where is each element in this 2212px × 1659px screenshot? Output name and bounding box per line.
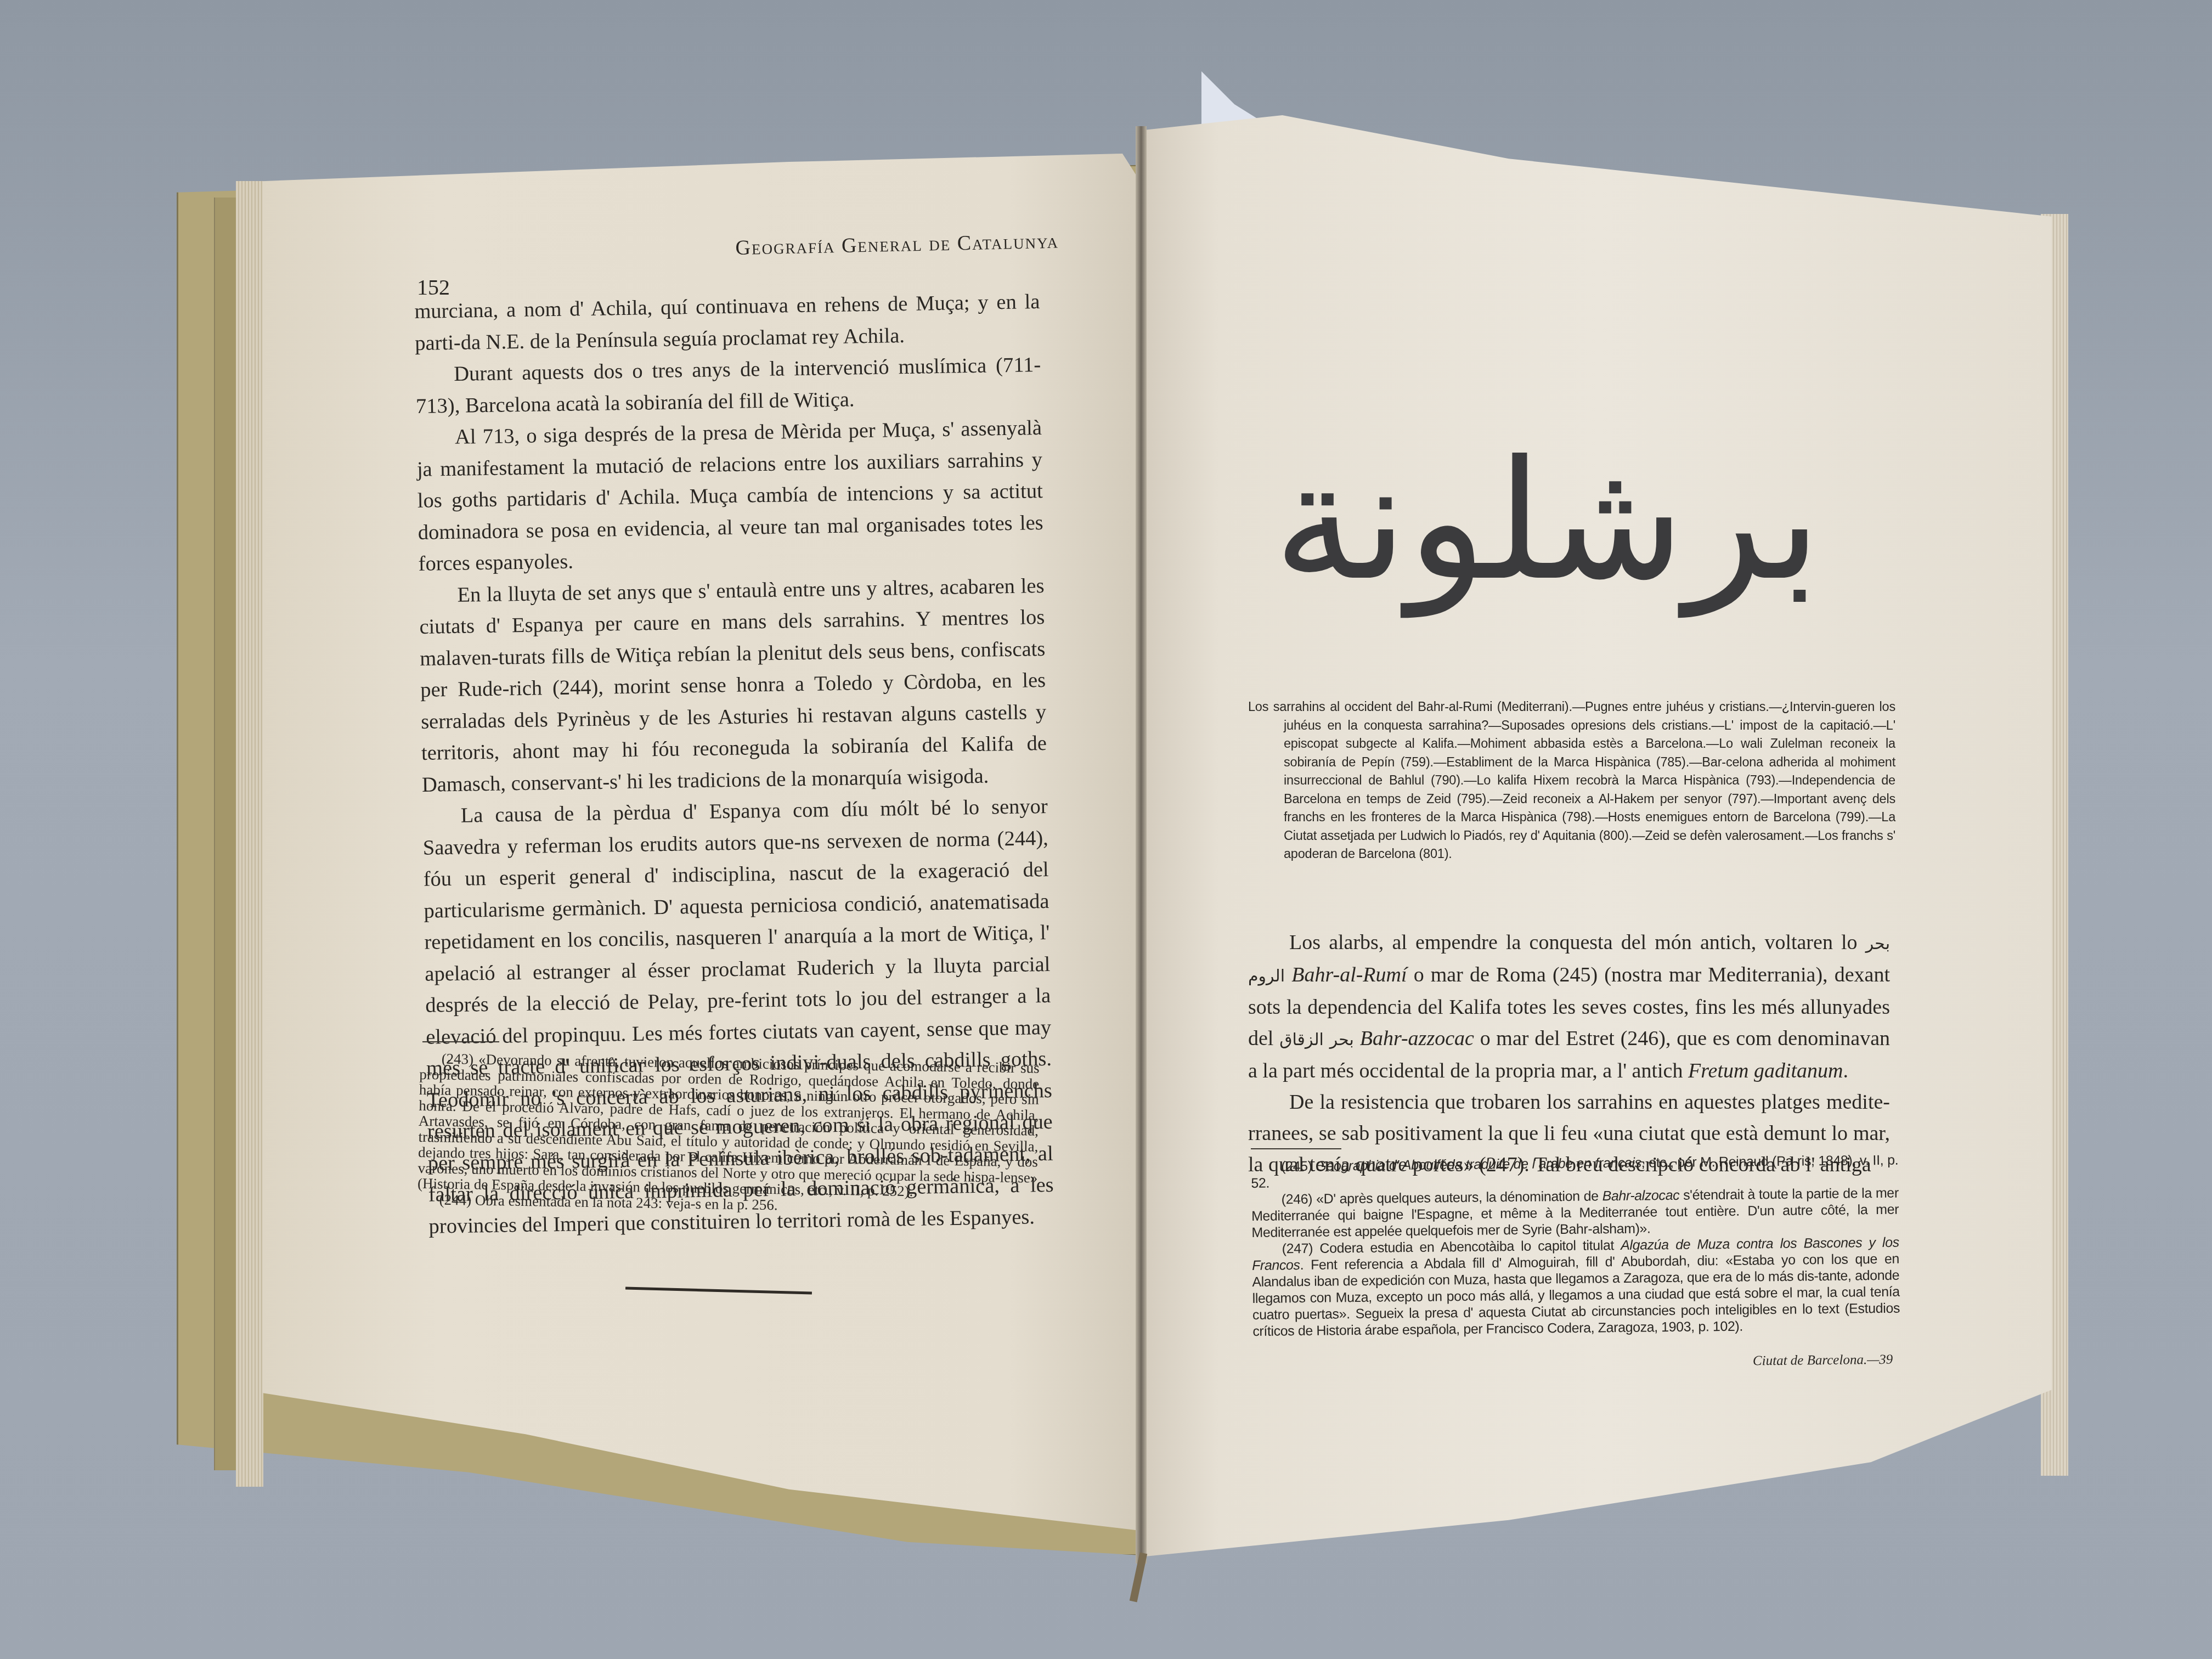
arabic-inline: بحر الزقاق xyxy=(1279,1030,1354,1049)
text-run: Codera estudia en Abencotàiba lo capitol… xyxy=(1319,1238,1621,1256)
text-run: «D' après quelques auteurs, la dénominat… xyxy=(1316,1188,1602,1206)
page-stack-left xyxy=(236,181,263,1487)
paragraph: Al 713, o siga després de la presa de Mè… xyxy=(416,413,1044,580)
italic-term: Bahr-alzocac xyxy=(1602,1188,1679,1204)
paragraph: Los alarbs, al empendre la conquesta del… xyxy=(1248,927,1890,1087)
text-run: Los alarbs, al empendre la conquesta del… xyxy=(1289,931,1866,954)
footnote-number: (246) xyxy=(1282,1192,1313,1207)
footnote-rule xyxy=(422,1041,499,1042)
spine-thread xyxy=(1130,1553,1147,1602)
signature-mark: Ciutat de Barcelona.—39 xyxy=(1753,1352,1893,1369)
footnote-247: (247) Codera estudia en Abencotàiba lo c… xyxy=(1252,1234,1900,1340)
paragraph: En la lluyta de set anys que s' entaulà … xyxy=(419,571,1047,801)
arabic-calligraphy-title: برشلونة xyxy=(1317,406,1821,636)
chapter-summary: Los sarrahins al occident del Bahr-al-Ru… xyxy=(1248,698,1895,864)
book-gutter xyxy=(1136,126,1147,1564)
footnote-number: (247) xyxy=(1282,1241,1313,1257)
left-footnotes: (243) «Devorando su afrenta, tuvieron aq… xyxy=(417,1051,1040,1217)
italic-term: Bahr-azzocac xyxy=(1360,1027,1474,1050)
paragraph: Durant aquests dos o tres anys de la int… xyxy=(415,349,1042,422)
italic-title: Geographia d' Aboulféda traduite de l ar… xyxy=(1316,1155,1641,1174)
footnote-rule xyxy=(1251,1148,1341,1149)
text-run: . Fent referencia a Abdala fill d' Almog… xyxy=(1252,1251,1900,1339)
paragraph: murciana, a nom d' Achila, quí continuav… xyxy=(414,286,1041,359)
italic-term: Bahr-al-Rumí xyxy=(1291,963,1407,986)
footnote-number: (245) xyxy=(1281,1159,1312,1175)
italic-term: Fretum gaditanum xyxy=(1688,1059,1843,1082)
right-footnotes: (245) Geographia d' Aboulféda traduite d… xyxy=(1251,1152,1900,1340)
footnote-243: (243) «Devorando su afrenta, tuvieron aq… xyxy=(417,1051,1040,1201)
right-body-text: Los alarbs, al empendre la conquesta del… xyxy=(1248,927,1890,1181)
footnote-246: (246) «D' après quelques auteurs, la dén… xyxy=(1251,1185,1899,1241)
summary-text: Los sarrahins al occident del Bahr-al-Ru… xyxy=(1248,698,1895,864)
text-run: . xyxy=(1843,1059,1848,1082)
